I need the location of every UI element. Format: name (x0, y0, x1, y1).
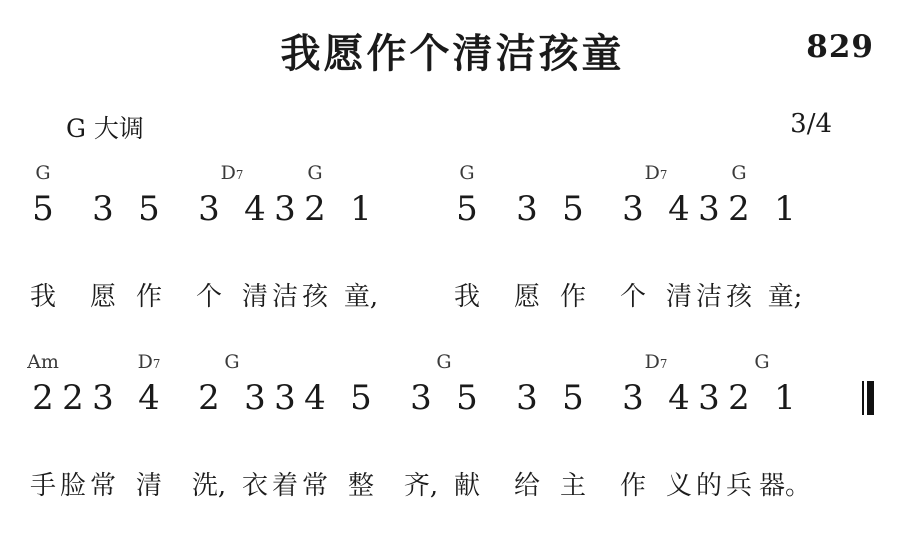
note-digit: 3 (694, 381, 724, 415)
lyric-syllable: 洗, (192, 465, 226, 502)
note-digit: 5 (346, 381, 376, 415)
chord-row: AmD7GGD7G (28, 347, 888, 375)
lyric-syllable: 主 (560, 465, 586, 502)
note-digit: 4 (240, 192, 270, 226)
note-digit: 3 (270, 192, 300, 226)
note-digit: 2 (300, 192, 330, 226)
time-signature: 3/4 (790, 109, 832, 139)
note-digit: 5 (134, 192, 164, 226)
notation-row: 223423345353534321 (28, 375, 888, 421)
lyric-syllable: 清 (136, 465, 162, 502)
lyric-syllable: 作 (560, 276, 586, 313)
lyric-syllable: 孩 (302, 276, 328, 313)
note-digit: 2 (724, 192, 754, 226)
lyric-syllable: 着 (272, 465, 298, 502)
hymn-title: 我愿作个清洁孩童 (0, 22, 905, 79)
lyric-syllable: 兵 (726, 465, 752, 502)
note-digit: 4 (664, 192, 694, 226)
chord-label: G (436, 351, 451, 373)
lyric-syllable: 童, (344, 276, 378, 313)
lyric-syllable: 器。 (759, 465, 811, 502)
chord-label: D7 (138, 351, 161, 373)
note-digit: 3 (512, 192, 542, 226)
note-digit: 4 (300, 381, 330, 415)
note-digit: 3 (406, 381, 436, 415)
lyric-syllable: 孩 (726, 276, 752, 313)
note-digit: 3 (194, 192, 224, 226)
note-digit: 2 (58, 381, 88, 415)
lyric-syllable: 义 (666, 465, 692, 502)
lyric-syllable: 洁 (696, 276, 722, 313)
lyric-syllable: 作 (136, 276, 162, 313)
music-system-1: GD7GGD7G 5353432153534321 我愿作个清洁孩童,我愿作个清… (28, 158, 888, 312)
note-digit: 3 (270, 381, 300, 415)
lyric-syllable: 衣 (242, 465, 268, 502)
lyric-syllable: 清 (242, 276, 268, 313)
chord-label: G (731, 162, 746, 184)
lyric-syllable: 作 (620, 465, 646, 502)
lyric-syllable: 愿 (514, 276, 540, 313)
note-digit: 1 (770, 192, 800, 226)
notation-row: 5353432153534321 (28, 186, 888, 232)
lyric-syllable: 整 (348, 465, 374, 502)
hymn-number: 829 (806, 29, 874, 65)
note-digit: 3 (240, 381, 270, 415)
lyrics-row: 手脸常清洗,衣着常整齐,献给主作义的兵器。 (28, 465, 888, 501)
chord-label: G (35, 162, 50, 184)
lyric-syllable: 脸 (60, 465, 86, 502)
lyric-syllable: 手 (30, 465, 56, 502)
lyric-syllable: 童; (768, 276, 803, 313)
lyric-syllable: 我 (30, 276, 56, 313)
lyric-syllable: 个 (620, 276, 646, 313)
chord-label: D7 (221, 162, 244, 184)
hymn-sheet-page: 我愿作个清洁孩童 829 G 大调 3/4 GD7GGD7G 535343215… (0, 0, 905, 545)
final-bar-line (860, 381, 876, 415)
lyrics-row: 我愿作个清洁孩童,我愿作个清洁孩童; (28, 276, 888, 312)
note-digit: 1 (346, 192, 376, 226)
lyric-syllable: 的 (696, 465, 722, 502)
lyric-syllable: 个 (196, 276, 222, 313)
chord-label: G (459, 162, 474, 184)
lyric-syllable: 常 (302, 465, 328, 502)
chord-label: D7 (645, 162, 668, 184)
note-digit: 5 (558, 192, 588, 226)
note-digit: 5 (452, 192, 482, 226)
note-digit: 4 (664, 381, 694, 415)
note-digit: 3 (88, 192, 118, 226)
music-system-2: AmD7GGD7G 223423345353534321 手脸常清洗,衣着常整齐… (28, 347, 888, 501)
key-signature: G 大调 (66, 109, 144, 145)
note-digit: 3 (88, 381, 118, 415)
note-digit: 5 (558, 381, 588, 415)
lyric-syllable: 清 (666, 276, 692, 313)
note-digit: 4 (134, 381, 164, 415)
chord-label: G (754, 351, 769, 373)
chord-label: G (224, 351, 239, 373)
chord-label: D7 (645, 351, 668, 373)
lyric-syllable: 给 (514, 465, 540, 502)
lyric-syllable: 常 (90, 465, 116, 502)
chord-label: Am (27, 351, 59, 373)
note-digit: 2 (724, 381, 754, 415)
note-digit: 3 (694, 192, 724, 226)
chord-label: G (307, 162, 322, 184)
note-digit: 5 (452, 381, 482, 415)
note-digit: 3 (618, 192, 648, 226)
lyric-syllable: 齐, (404, 465, 438, 502)
note-digit: 2 (28, 381, 58, 415)
lyric-syllable: 献 (454, 465, 480, 502)
note-digit: 3 (512, 381, 542, 415)
note-digit: 3 (618, 381, 648, 415)
lyric-syllable: 洁 (272, 276, 298, 313)
note-digit: 5 (28, 192, 58, 226)
lyric-syllable: 我 (454, 276, 480, 313)
lyric-syllable: 愿 (90, 276, 116, 313)
note-digit: 1 (770, 381, 800, 415)
note-digit: 2 (194, 381, 224, 415)
chord-row: GD7GGD7G (28, 158, 888, 186)
